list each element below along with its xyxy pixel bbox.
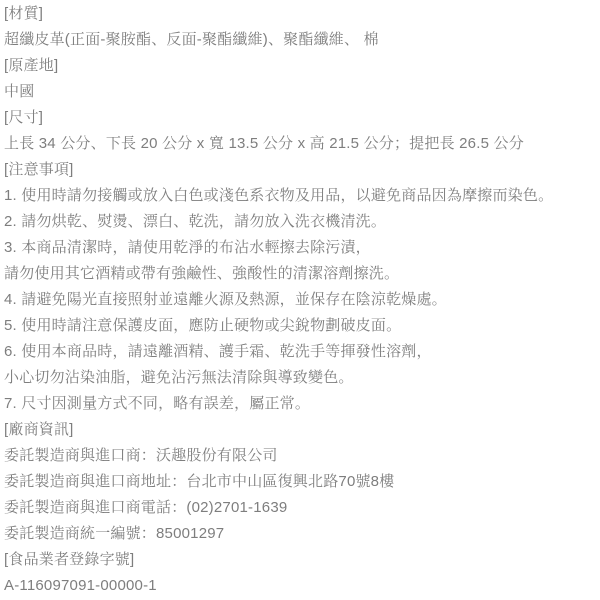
section-origin: [原產地] 中國 [4, 53, 592, 105]
manufacturer-name: 委託製造商與進口商：沃趣股份有限公司 [4, 443, 592, 469]
manufacturer-tax-id: 委託製造商統一編號：85001297 [4, 521, 592, 547]
section-manufacturer: [廠商資訊] 委託製造商與進口商：沃趣股份有限公司 委託製造商與進口商地址：台北… [4, 417, 592, 547]
material-content: 超纖皮革(正面-聚胺酯、反面-聚酯纖維)、聚酯纖維、 棉 [4, 27, 592, 53]
notes-item-7: 7. 尺寸因測量方式不同，略有誤差，屬正常。 [4, 391, 592, 417]
section-food-registration: [食品業者登錄字號] A-116097091-00000-1 [4, 547, 592, 599]
section-material: [材質] 超纖皮革(正面-聚胺酯、反面-聚酯纖維)、聚酯纖維、 棉 [4, 1, 592, 53]
notes-item-3-continued: 請勿使用其它酒精或帶有強鹼性、強酸性的清潔溶劑擦洗。 [4, 261, 592, 287]
notes-heading: [注意事項] [4, 157, 592, 183]
notes-item-4: 4. 請避免陽光直接照射並遠離火源及熱源，並保存在陰涼乾燥處。 [4, 287, 592, 313]
food-registration-heading: [食品業者登錄字號] [4, 547, 592, 573]
notes-item-6: 6. 使用本商品時，請遠離酒精、護手霜、乾洗手等揮發性溶劑， [4, 339, 592, 365]
origin-heading: [原產地] [4, 53, 592, 79]
dimensions-heading: [尺寸] [4, 105, 592, 131]
dimensions-content: 上長 34 公分、下長 20 公分 x 寬 13.5 公分 x 高 21.5 公… [4, 131, 592, 157]
notes-item-1: 1. 使用時請勿接觸或放入白色或淺色系衣物及用品，以避免商品因為摩擦而染色。 [4, 183, 592, 209]
manufacturer-address: 委託製造商與進口商地址：台北市中山區復興北路70號8樓 [4, 469, 592, 495]
origin-content: 中國 [4, 79, 592, 105]
section-dimensions: [尺寸] 上長 34 公分、下長 20 公分 x 寬 13.5 公分 x 高 2… [4, 105, 592, 157]
notes-item-6-continued: 小心切勿沾染油脂，避免沾污無法清除與導致變色。 [4, 365, 592, 391]
manufacturer-phone: 委託製造商與進口商電話：(02)2701-1639 [4, 495, 592, 521]
material-heading: [材質] [4, 1, 592, 27]
notes-item-2: 2. 請勿烘乾、熨燙、漂白、乾洗，請勿放入洗衣機清洗。 [4, 209, 592, 235]
manufacturer-heading: [廠商資訊] [4, 417, 592, 443]
product-description: [材質] 超纖皮革(正面-聚胺酯、反面-聚酯纖維)、聚酯纖維、 棉 [原產地] … [0, 0, 600, 600]
food-registration-number: A-116097091-00000-1 [4, 573, 592, 599]
notes-item-3: 3. 本商品清潔時，請使用乾淨的布沾水輕擦去除污漬， [4, 235, 592, 261]
section-notes: [注意事項] 1. 使用時請勿接觸或放入白色或淺色系衣物及用品，以避免商品因為摩… [4, 157, 592, 417]
notes-item-5: 5. 使用時請注意保護皮面，應防止硬物或尖銳物劃破皮面。 [4, 313, 592, 339]
